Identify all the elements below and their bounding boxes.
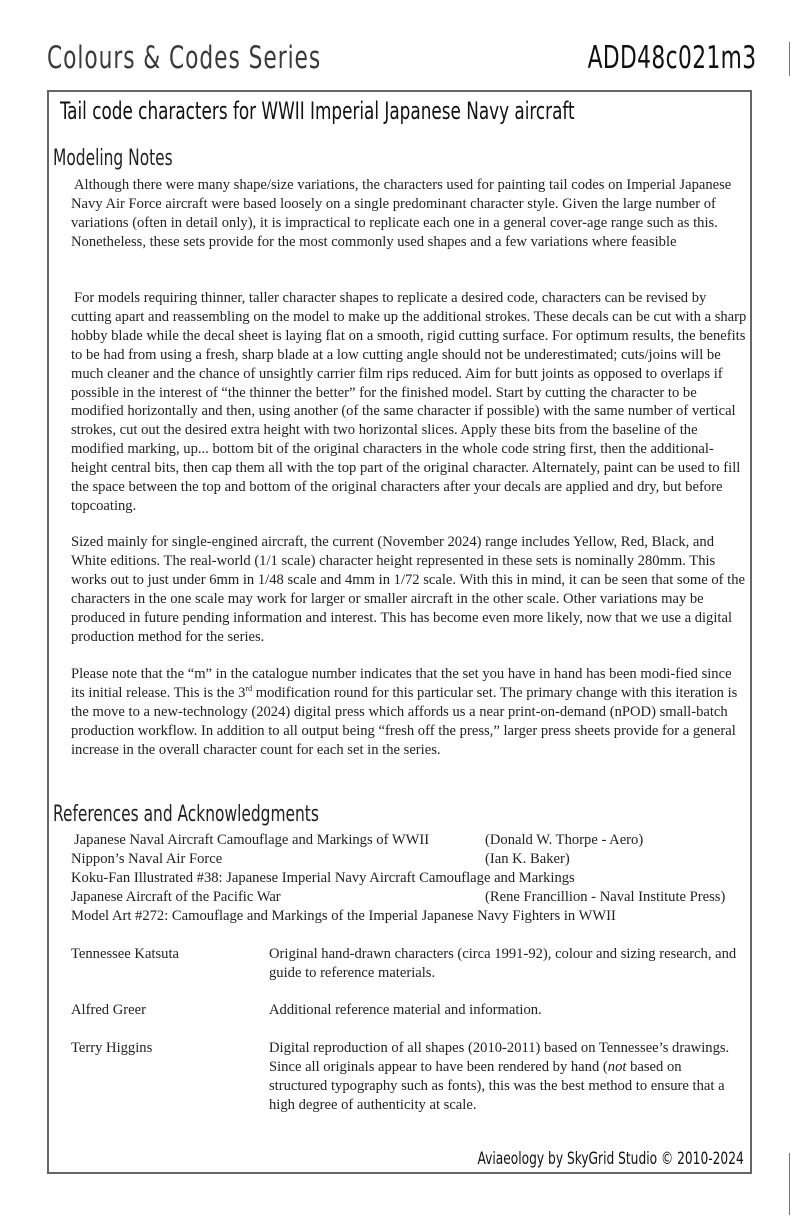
reference-item: Koku-Fan Illustrated #38: Japanese Imper… [71,869,751,888]
ack-description: Original hand-drawn characters (circa 19… [269,945,739,983]
catalog-code: ADD48c021m3 [587,40,756,76]
notes-paragraph-1: Although there were many shape/size vari… [71,176,748,252]
reference-item: Japanese Naval Aircraft Camouflage and M… [71,831,751,850]
reference-item: Nippon’s Naval Air Force (Ian K. Baker) [71,850,751,869]
series-title: Colours & Codes Series [47,40,321,76]
ack-name: Tennessee Katsuta [71,945,269,983]
ack-name: Alfred Greer [71,1001,269,1020]
references-heading: References and Acknowledgments [53,802,319,827]
ack-description-emphasis: not [608,1059,627,1075]
reference-title: Japanese Naval Aircraft Camouflage and M… [71,831,485,850]
reference-title: Koku-Fan Illustrated #38: Japanese Imper… [71,869,575,888]
acknowledgment-row: Terry Higgins Digital reproduction of al… [71,1039,751,1115]
acknowledgment-row: Alfred Greer Additional reference materi… [71,1001,751,1020]
notes-paragraph-2: For models requiring thinner, taller cha… [71,289,748,516]
crop-mark-top [789,42,790,76]
crop-mark-bottom [789,1153,790,1215]
reference-title: Nippon’s Naval Air Force [71,850,485,869]
modeling-notes-heading: Modeling Notes [53,146,173,171]
reference-item: Model Art #272: Camouflage and Markings … [71,907,751,926]
notes-paragraph-4: Please note that the “m” in the catalogu… [71,665,748,760]
document-title: Tail code characters for WWII Imperial J… [60,97,575,125]
reference-author: (Donald W. Thorpe - Aero) [485,831,643,850]
ack-name: Terry Higgins [71,1039,269,1115]
references-list: Japanese Naval Aircraft Camouflage and M… [71,831,751,926]
reference-author: (Rene Francillion - Naval Institute Pres… [485,888,725,907]
reference-title: Model Art #272: Camouflage and Markings … [71,907,616,926]
notes-paragraph-3: Sized mainly for single-engined aircraft… [71,533,748,646]
reference-title: Japanese Aircraft of the Pacific War [71,888,485,907]
acknowledgment-row: Tennessee Katsuta Original hand-drawn ch… [71,945,751,983]
reference-item: Japanese Aircraft of the Pacific War (Re… [71,888,751,907]
reference-author: (Ian K. Baker) [485,850,570,869]
ack-description: Digital reproduction of all shapes (2010… [269,1039,739,1115]
notes-paragraph-3-text: Sized mainly for single-engined aircraft… [71,534,745,645]
ack-description: Additional reference material and inform… [269,1001,739,1020]
footer-copyright: Aviaeology by SkyGrid Studio © 2010-2024 [478,1149,744,1169]
notes-paragraph-1-text: Although there were many shape/size vari… [71,177,731,250]
notes-paragraph-2-text: For models requiring thinner, taller cha… [71,290,746,514]
